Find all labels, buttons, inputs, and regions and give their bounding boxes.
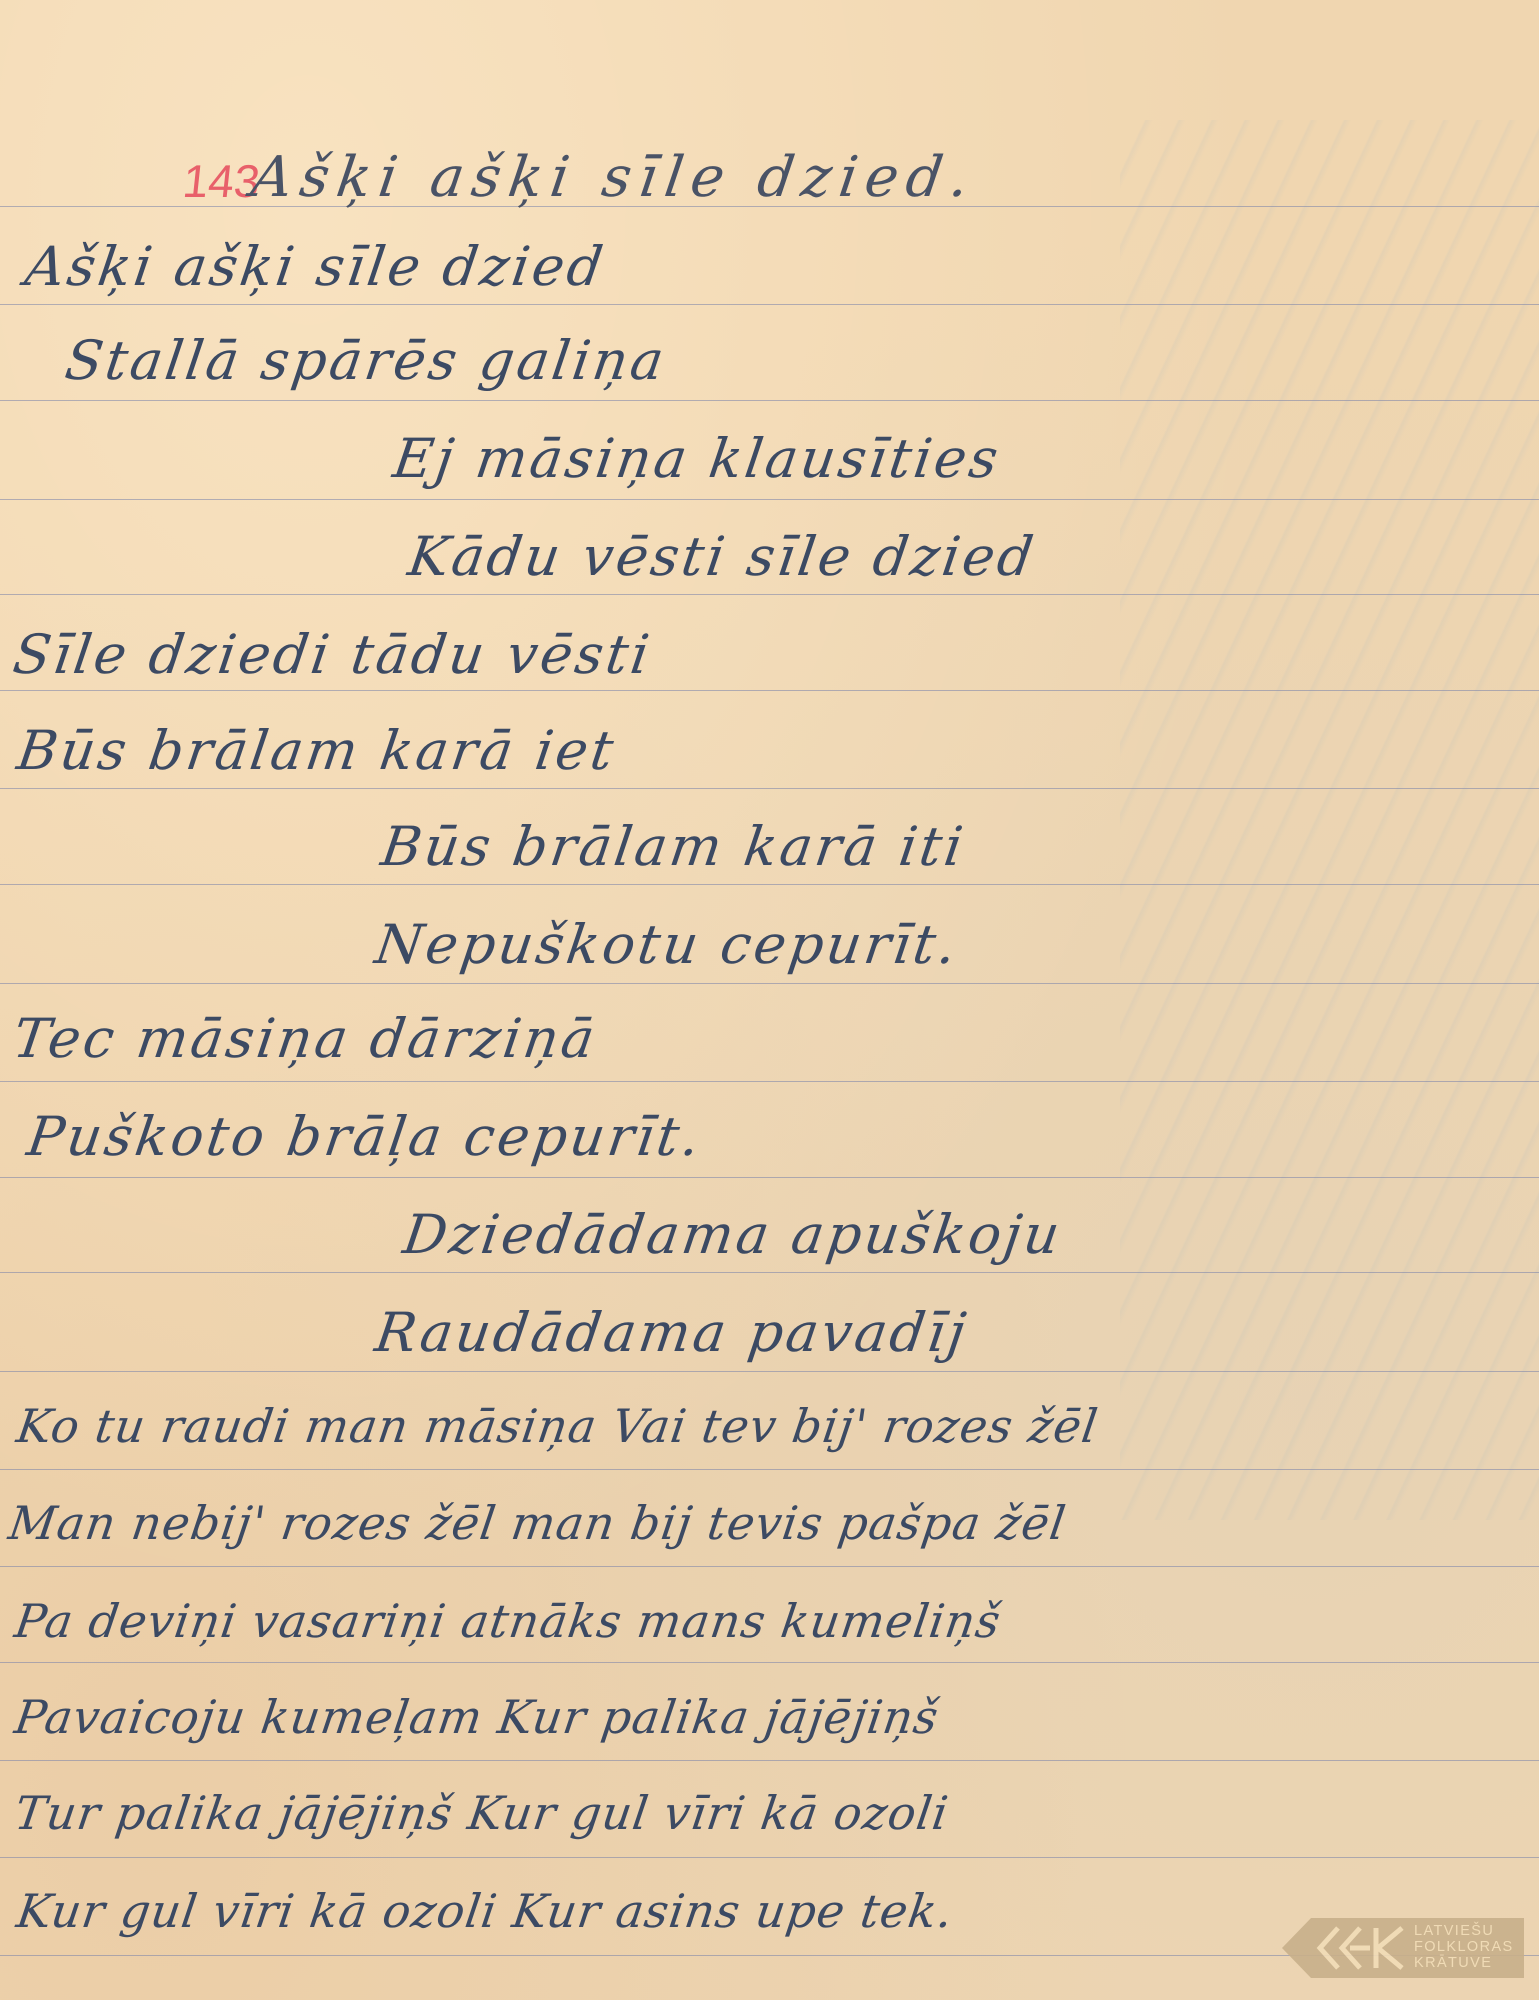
archive-logo: LATVIEŠU FOLKLORAS KRĀTUVE: [1282, 1918, 1524, 1978]
song-line-indented: Kādu vēsti sīle dzied: [405, 530, 1039, 584]
song-line: Pa deviņi vasariņi atnāks mans kumeliņš: [12, 1598, 1004, 1644]
ruled-line: [0, 983, 1539, 984]
archive-name: LATVIEŠU FOLKLORAS KRĀTUVE: [1414, 1923, 1514, 1971]
ruled-line: [0, 1469, 1539, 1470]
song-line: Ašķi ašķi sīle dzied: [22, 240, 609, 294]
song-line: Kur gul vīri kā ozoli Kur asins upe tek.: [14, 1888, 956, 1934]
manuscript-page: 143 Ašķi ašķi sīle dzied. Ašķi ašķi sīle…: [0, 0, 1539, 2000]
song-line-indented: Nepuškotu cepurīt.: [372, 918, 962, 972]
ruled-line: [0, 1662, 1539, 1663]
ruled-line: [0, 1177, 1539, 1178]
ruled-line: [0, 1566, 1539, 1567]
song-line-indented: Dziedādama apuškoju: [400, 1208, 1066, 1262]
ruled-line: [0, 1857, 1539, 1858]
archive-name-line-1: LATVIEŠU: [1414, 1923, 1514, 1939]
archive-name-line-3: KRĀTUVE: [1414, 1955, 1514, 1971]
ink-bleed-through: [1120, 120, 1539, 1520]
archive-name-line-2: FOLKLORAS: [1414, 1939, 1514, 1955]
song-line: Tur palika jājējiņš Kur gul vīri kā ozol…: [12, 1790, 952, 1836]
ruled-line: [0, 594, 1539, 595]
ruled-line: [0, 499, 1539, 500]
song-line: Tec māsiņa dārziņā: [10, 1012, 601, 1066]
lfk-chevron-logo-icon: [1312, 1924, 1412, 1972]
ruled-line: [0, 1371, 1539, 1372]
ruled-line: [0, 788, 1539, 789]
ruled-line: [0, 400, 1539, 401]
song-line: Būs brālam karā iet: [14, 724, 619, 778]
song-line: Sīle dziedi tādu vēsti: [10, 628, 655, 682]
ruled-line: [0, 690, 1539, 691]
ruled-line: [0, 884, 1539, 885]
ruled-line: [0, 304, 1539, 305]
ruled-line: [0, 1272, 1539, 1273]
ruled-line: [0, 1760, 1539, 1761]
song-line: Man nebij' rozes žēl man bij tevis pašpa…: [6, 1500, 1069, 1546]
song-line: Stallā spārēs galiņa: [62, 334, 670, 388]
song-line: Ko tu raudi man māsiņa Vai tev bij' roze…: [14, 1403, 1101, 1449]
song-line-indented: Raudādama pavadīj: [372, 1306, 972, 1360]
ruled-line: [0, 1081, 1539, 1082]
song-line-indented: Ej māsiņa klausīties: [390, 432, 1004, 486]
song-line: Puškoto brāļa cepurīt.: [24, 1110, 706, 1164]
song-line-indented: Būs brālam karā iti: [378, 820, 969, 874]
song-line: Pavaicoju kumeļam Kur palika jājējiņš: [12, 1694, 942, 1740]
song-title: Ašķi ašķi sīle dzied.: [248, 150, 980, 206]
